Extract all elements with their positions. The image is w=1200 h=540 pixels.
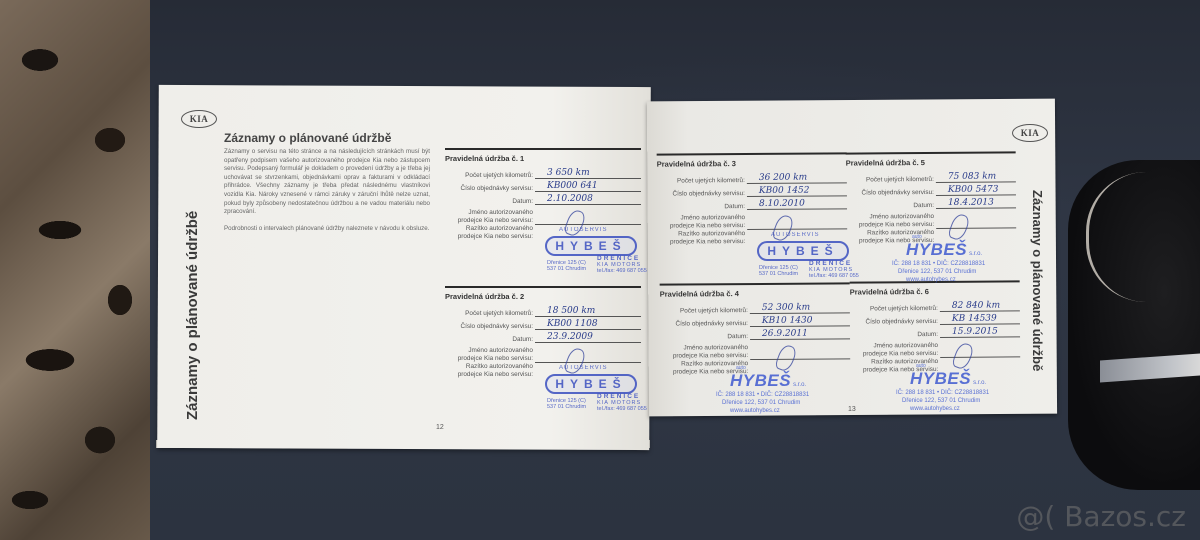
dealer-stamp-hybes: auto HYBEŠs.r.o. IČ: 288 18 831 • DIČ: C… — [910, 363, 989, 413]
stamp-address: Dřenice 122, 537 01 Chrudim — [722, 399, 809, 407]
km-label: Počet ujetých kilometrů: — [846, 176, 936, 184]
record-divider — [445, 148, 641, 150]
stamp-brand-block: DRENICEKIA MOTORStel./fax: 469 687 055 — [809, 261, 859, 279]
km-value: 36 200 km — [747, 171, 847, 184]
record-title: Pravidelná údržba č. 6 — [850, 286, 1020, 296]
stamp-suffix: s.r.o. — [973, 380, 986, 386]
order-value: KB00 1452 — [747, 184, 847, 197]
dealer-name-row: Jméno autorizovaného prodejce Kia nebo s… — [846, 208, 1016, 229]
order-label: Číslo objednávky servisu: — [846, 189, 936, 197]
dealer-name-label: Jméno autorizovaného prodejce Kia nebo s… — [445, 209, 535, 225]
date-row: Datum: 23.9.2009 — [445, 330, 641, 343]
page-number-left: 12 — [436, 424, 444, 431]
stamp-suffix: s.r.o. — [969, 251, 982, 257]
order-row: Číslo objednávky servisu: KB000 641 — [445, 179, 641, 192]
order-value: KB000 641 — [535, 180, 641, 192]
dealer-signature-line — [747, 211, 847, 230]
dealer-name-row: Jméno autorizovaného prodejce Kia nebo s… — [445, 205, 641, 225]
stamp-address: Dřenice 125 (C)537 01 Chrudim — [547, 260, 586, 272]
stamp-addr-2: 537 01 Chrudim — [547, 404, 586, 410]
order-label: Číslo objednávky servisu: — [657, 190, 747, 198]
kia-logo-icon: KIA — [181, 110, 217, 128]
intro-paragraph-2: Podrobnosti o intervalech plánované údrž… — [224, 225, 430, 234]
dealer-name-label: Jméno autorizovaného prodejce Kia nebo s… — [846, 213, 936, 230]
date-value: 23.9.2009 — [535, 331, 641, 343]
km-value: 75 083 km — [936, 170, 1016, 183]
dealer-name-label: Jméno autorizovaného prodejce Kia nebo s… — [850, 342, 940, 359]
stamp-tel: tel./fax: 469 687 055 — [597, 406, 647, 412]
dealer-name-label: Jméno autorizovaného prodejce Kia nebo s… — [657, 214, 747, 231]
stamp-tel: tel./fax: 469 687 055 — [809, 273, 859, 279]
record-title: Pravidelná údržba č. 4 — [660, 288, 850, 298]
stamp-top-text: AUTOSERVIS — [559, 365, 607, 371]
km-value: 82 840 km — [940, 299, 1020, 312]
order-label: Číslo objednávky servisu: — [445, 323, 535, 330]
dealer-name-label: Jméno autorizovaného prodejce Kia nebo s… — [660, 344, 750, 361]
stamp-addr-2: 537 01 Chrudim — [759, 271, 798, 277]
date-row: Datum: 26.9.2011 — [660, 326, 850, 340]
order-value: KB00 5473 — [936, 183, 1016, 196]
stamp-brand-block: DRENICEKIA MOTORStel./fax: 469 687 055 — [597, 394, 647, 412]
order-label: Číslo objednávky servisu: — [660, 320, 750, 328]
dealer-name-label: Jméno autorizovaného prodejce Kia nebo s… — [445, 347, 535, 363]
dealer-name-row: Jméno autorizovaného prodejce Kia nebo s… — [850, 337, 1020, 358]
dealer-name-row: Jméno autorizovaného prodejce Kia nebo s… — [657, 209, 847, 230]
page-number-right: 13 — [848, 406, 856, 413]
stamp-address: Dřenice 125 (C)537 01 Chrudim — [759, 265, 798, 277]
km-label: Počet ujetých kilometrů: — [660, 307, 750, 315]
date-value: 18.4.2013 — [936, 196, 1016, 209]
order-row: Číslo objednávky servisu: KB 14539 — [850, 311, 1020, 325]
date-row: Datum: 18.4.2013 — [846, 195, 1016, 209]
dealer-signature-line — [940, 339, 1020, 358]
km-row: Počet ujetých kilometrů: 52 300 km — [660, 300, 850, 314]
date-value: 8.10.2010 — [747, 197, 847, 210]
stamp-top-text: AUTOSERVIS — [559, 227, 607, 233]
service-record: Pravidelná údržba č. 2 Počet ujetých kil… — [445, 286, 641, 385]
section-title: Záznamy o plánované údržbě — [224, 131, 391, 145]
stamp-top-text: AUTOSERVIS — [771, 232, 819, 238]
km-value: 3 650 km — [535, 167, 641, 179]
km-value: 52 300 km — [750, 301, 850, 314]
order-value: KB00 1108 — [535, 318, 641, 330]
stamp-web: www.autohybes.cz — [906, 276, 985, 284]
date-label: Datum: — [445, 198, 535, 205]
date-label: Datum: — [846, 202, 936, 210]
dealer-stamp-label: Razítko autorizovaného prodejce Kia nebo… — [445, 225, 535, 247]
order-row: Číslo objednávky servisu: KB00 5473 — [846, 182, 1016, 196]
km-row: Počet ujetých kilometrů: 18 500 km — [445, 304, 641, 317]
service-record: Pravidelná údržba č. 1 Počet ujetých kil… — [445, 148, 641, 247]
record-title: Pravidelná údržba č. 1 — [445, 154, 641, 163]
km-label: Počet ujetých kilometrů: — [445, 172, 535, 179]
stamp-ids: IČ: 288 18 831 • DIČ: CZ28818831 — [896, 389, 989, 397]
record-divider — [660, 282, 850, 285]
stamp-address: Dřenice 122, 537 01 Chrudim — [898, 268, 985, 276]
intro-paragraph-1: Záznamy o servisu na této stránce a na n… — [224, 148, 430, 217]
record-divider — [657, 152, 847, 155]
intro-text: Záznamy o servisu na této stránce a na n… — [224, 148, 430, 233]
date-label: Datum: — [850, 331, 940, 339]
dealer-stamp-hybes: auto HYBEŠs.r.o. IČ: 288 18 831 • DIČ: C… — [906, 234, 985, 284]
date-row: Datum: 8.10.2010 — [657, 196, 847, 210]
stamp-brand-name: HYBEŠ — [730, 371, 791, 390]
order-value: KB 14539 — [940, 312, 1020, 325]
km-row: Počet ujetých kilometrů: 82 840 km — [850, 298, 1020, 312]
date-row: Datum: 15.9.2015 — [850, 324, 1020, 338]
km-row: Počet ujetých kilometrů: 3 650 km — [445, 166, 641, 179]
dealer-name-row: Jméno autorizovaného prodejce Kia nebo s… — [660, 339, 850, 360]
record-title: Pravidelná údržba č. 3 — [657, 158, 847, 168]
date-label: Datum: — [657, 203, 747, 211]
order-label: Číslo objednávky servisu: — [445, 185, 535, 192]
record-title: Pravidelná údržba č. 5 — [846, 157, 1016, 167]
dealer-signature-line — [750, 341, 850, 360]
dealer-stamp-oval: HYBEŠ — [757, 241, 849, 261]
stamp-tel: tel./fax: 469 687 055 — [597, 268, 647, 274]
order-row: Číslo objednávky servisu: KB00 1108 — [445, 317, 641, 330]
stamp-address: Dřenice 125 (C)537 01 Chrudim — [547, 398, 586, 410]
order-value: KB10 1430 — [750, 314, 850, 327]
dealer-stamp-oval: HYBEŠ — [545, 236, 637, 256]
order-label: Číslo objednávky servisu: — [850, 318, 940, 326]
dealer-signature-line — [535, 207, 641, 225]
dealer-stamp-label: Razítko autorizovaného prodejce Kia nebo… — [445, 363, 535, 385]
record-title: Pravidelná údržba č. 2 — [445, 292, 641, 301]
km-row: Počet ujetých kilometrů: 36 200 km — [657, 170, 847, 184]
stamp-web: www.autohybes.cz — [910, 405, 989, 413]
km-label: Počet ujetých kilometrů: — [445, 310, 535, 317]
dealer-name-row: Jméno autorizovaného prodejce Kia nebo s… — [445, 343, 641, 363]
date-label: Datum: — [660, 333, 750, 341]
bazos-watermark: @( Bazos.cz — [1016, 500, 1186, 533]
dealer-stamp-label: Razítko autorizovaného prodejce Kia nebo… — [657, 230, 747, 253]
vertical-section-title: Záznamy o plánované údržbě — [1030, 190, 1045, 371]
date-value: 15.9.2015 — [940, 325, 1020, 338]
date-value: 2.10.2008 — [535, 193, 641, 205]
order-row: Číslo objednávky servisu: KB10 1430 — [660, 313, 850, 327]
stamp-brand-block: DRENICEKIA MOTORStel./fax: 469 687 055 — [597, 256, 647, 274]
stamp-suffix: s.r.o. — [793, 382, 806, 388]
km-value: 18 500 km — [535, 305, 641, 317]
stamp-brand-name: HYBEŠ — [910, 369, 971, 388]
km-label: Počet ujetých kilometrů: — [850, 305, 940, 313]
km-row: Počet ujetých kilometrů: 75 083 km — [846, 169, 1016, 183]
km-label: Počet ujetých kilometrů: — [657, 177, 747, 185]
vertical-section-title: Záznamy o plánované údržbě — [184, 211, 201, 420]
date-label: Datum: — [445, 336, 535, 343]
record-divider — [445, 286, 641, 288]
carpet-background — [0, 0, 165, 540]
record-divider — [846, 151, 1016, 154]
dealer-stamp-oval: HYBEŠ — [545, 374, 637, 394]
dealer-stamp-hybes: auto HYBEŠs.r.o. IČ: 288 18 831 • DIČ: C… — [730, 365, 809, 415]
stamp-web: www.autohybes.cz — [730, 407, 809, 415]
date-row: Datum: 2.10.2008 — [445, 192, 641, 205]
order-row: Číslo objednávky servisu: KB00 1452 — [657, 183, 847, 197]
stamp-ids: IČ: 288 18 831 • DIČ: CZ28818831 — [892, 260, 985, 268]
dealer-signature-line — [936, 210, 1016, 229]
stamp-brand-name: HYBEŠ — [906, 240, 967, 259]
date-value: 26.9.2011 — [750, 327, 850, 340]
stamp-ids: IČ: 288 18 831 • DIČ: CZ28818831 — [716, 391, 809, 399]
stamp-address: Dřenice 122, 537 01 Chrudim — [902, 397, 989, 405]
stamp-addr-2: 537 01 Chrudim — [547, 266, 586, 272]
kia-logo-icon: KIA — [1012, 124, 1048, 142]
dealer-signature-line — [535, 345, 641, 363]
